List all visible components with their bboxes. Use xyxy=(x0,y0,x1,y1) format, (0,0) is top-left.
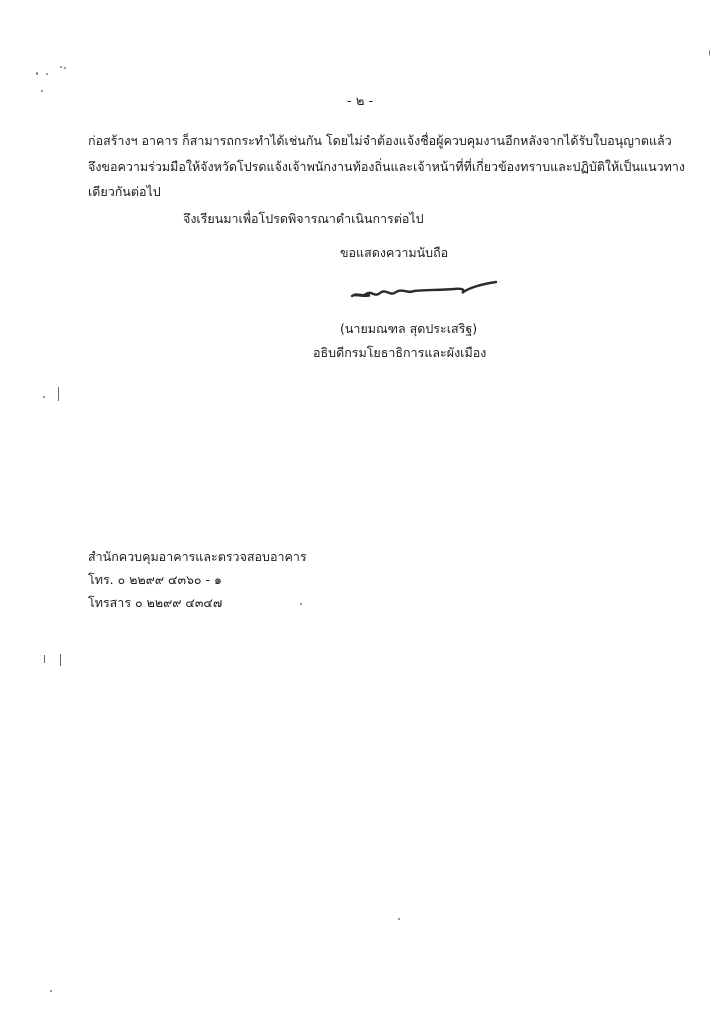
scan-speck xyxy=(398,918,400,920)
page-number: - ๒ - xyxy=(347,94,373,110)
office-name: สำนักควบคุมอาคารและตรวจสอบอาคาร xyxy=(88,549,307,565)
document-page: - ๒ - ก่อสร้างฯ อาคาร ก็สามารถกระทำได้เช… xyxy=(0,0,724,1024)
office-fax: โทรสาร ๐ ๒๒๙๙ ๔๓๔๗ xyxy=(88,595,222,611)
signature-image xyxy=(350,278,500,306)
scan-speck xyxy=(709,50,710,56)
scan-mark xyxy=(60,654,61,666)
scan-mark xyxy=(44,655,45,663)
body-line-2: จึงขอความร่วมมือให้จังหวัดโปรดแจ้งเจ้าพน… xyxy=(88,159,685,175)
signatory-position: อธิบดีกรมโยธาธิการและผังเมือง xyxy=(313,345,486,361)
signatory-name: (นายมณฑล สุดประเสริฐ) xyxy=(340,321,477,337)
scan-speck xyxy=(41,90,43,92)
body-line-3: เดียวกันต่อไป xyxy=(88,184,161,200)
scan-speck xyxy=(300,603,302,605)
office-phone: โทร. ๐ ๒๒๙๙ ๔๓๖๐ - ๑ xyxy=(88,572,222,588)
closing-request: จึงเรียนมาเพื่อโปรดพิจารณาดำเนินการต่อไป xyxy=(183,211,424,227)
scan-mark xyxy=(58,387,59,401)
body-line-1: ก่อสร้างฯ อาคาร ก็สามารถกระทำได้เช่นกัน … xyxy=(88,133,672,149)
scan-speck xyxy=(46,73,48,75)
scan-speck xyxy=(64,67,66,69)
salutation: ขอแสดงความนับถือ xyxy=(340,245,448,261)
scan-speck xyxy=(43,396,45,398)
scan-speck xyxy=(60,66,62,68)
scan-speck xyxy=(36,72,38,75)
scan-speck xyxy=(50,990,52,992)
